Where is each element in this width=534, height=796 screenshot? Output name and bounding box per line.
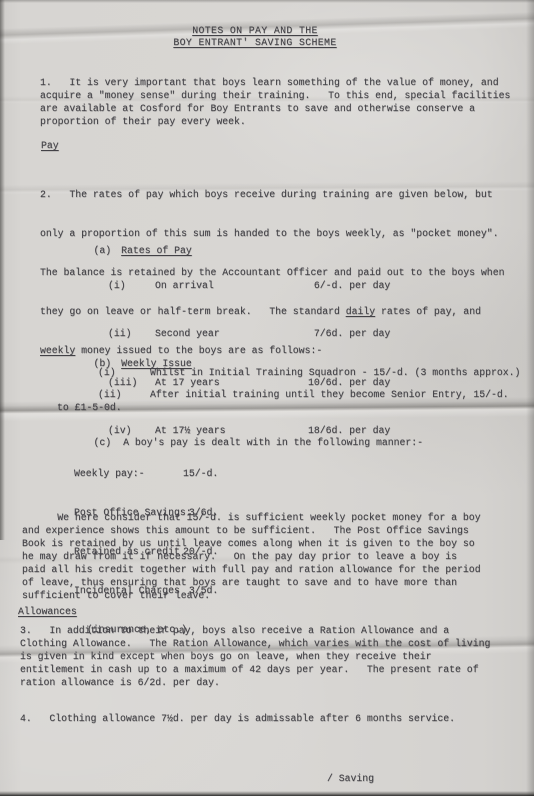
paragraph-2-line-4-tail: rates of pay, and	[375, 306, 481, 317]
allowances-heading: Allowances	[18, 605, 77, 618]
weekly-issue-item-2-text: After initial training until they become…	[150, 388, 509, 401]
weekly-issue-item-2: (ii)After initial training until they be…	[98, 388, 509, 401]
title-line-1: NOTES ON PAY AND THE	[0, 25, 510, 37]
rates-row-1-desc: On arrival	[155, 279, 308, 292]
rates-row-1-num: (i)	[108, 279, 155, 292]
title-line-2: BOY ENTRANT' SAVING SCHEME	[0, 37, 510, 49]
weekly-issue-item-1: (i)Whilst in Initial Training Squadron -…	[98, 366, 520, 379]
footer-catchword: / Saving	[327, 772, 374, 785]
paragraph-4: 4. Clothing allowance 7½d. per day is ad…	[20, 712, 455, 725]
rates-row-1-rate: 6/-d. per day	[308, 279, 390, 292]
document-sheet: NOTES ON PAY AND THE BOY ENTRANT' SAVING…	[0, 0, 534, 796]
weekly-issue-item-2-num: (ii)	[98, 388, 150, 401]
weekly-issue-item-2-continuation: to £1-5-0d.	[57, 401, 122, 414]
paper-edge-top	[0, 0, 534, 3]
breakdown-row-1-value: 15/-d.	[183, 468, 218, 481]
paper-edge-right	[526, 0, 534, 796]
document-title: NOTES ON PAY AND THE BOY ENTRANT' SAVING…	[0, 25, 510, 49]
rates-row-2: (ii)Second year 7/6d. per day	[108, 327, 390, 340]
rates-row-2-rate: 7/6d. per day	[308, 327, 390, 340]
rates-row-1: (i)On arrival 6/-d. per day	[108, 279, 390, 292]
breakdown-row-1: Weekly pay:-15/-d.	[74, 468, 218, 481]
paper-edge-left	[0, 0, 5, 540]
pay-heading: Pay	[41, 139, 59, 152]
breakdown-row-1-label: Weekly pay:-	[74, 468, 183, 481]
paragraph-3: 3. In addition to their pay, boys also r…	[20, 624, 490, 689]
weekly-issue-item-1-text: Whilst in Initial Training Squadron - 15…	[150, 366, 520, 379]
paragraph-consider: We here consider that 15/-d. is sufficie…	[22, 511, 481, 602]
paper-edge-bottom	[0, 791, 534, 796]
rates-row-2-desc: Second year	[155, 327, 308, 340]
rates-row-2-num: (ii)	[108, 327, 155, 340]
weekly-issue-item-1-num: (i)	[98, 366, 150, 379]
paragraph-1: 1. It is very important that boys learn …	[40, 76, 510, 128]
paragraph-2-line-1: 2. The rates of pay which boys receive d…	[40, 188, 504, 201]
